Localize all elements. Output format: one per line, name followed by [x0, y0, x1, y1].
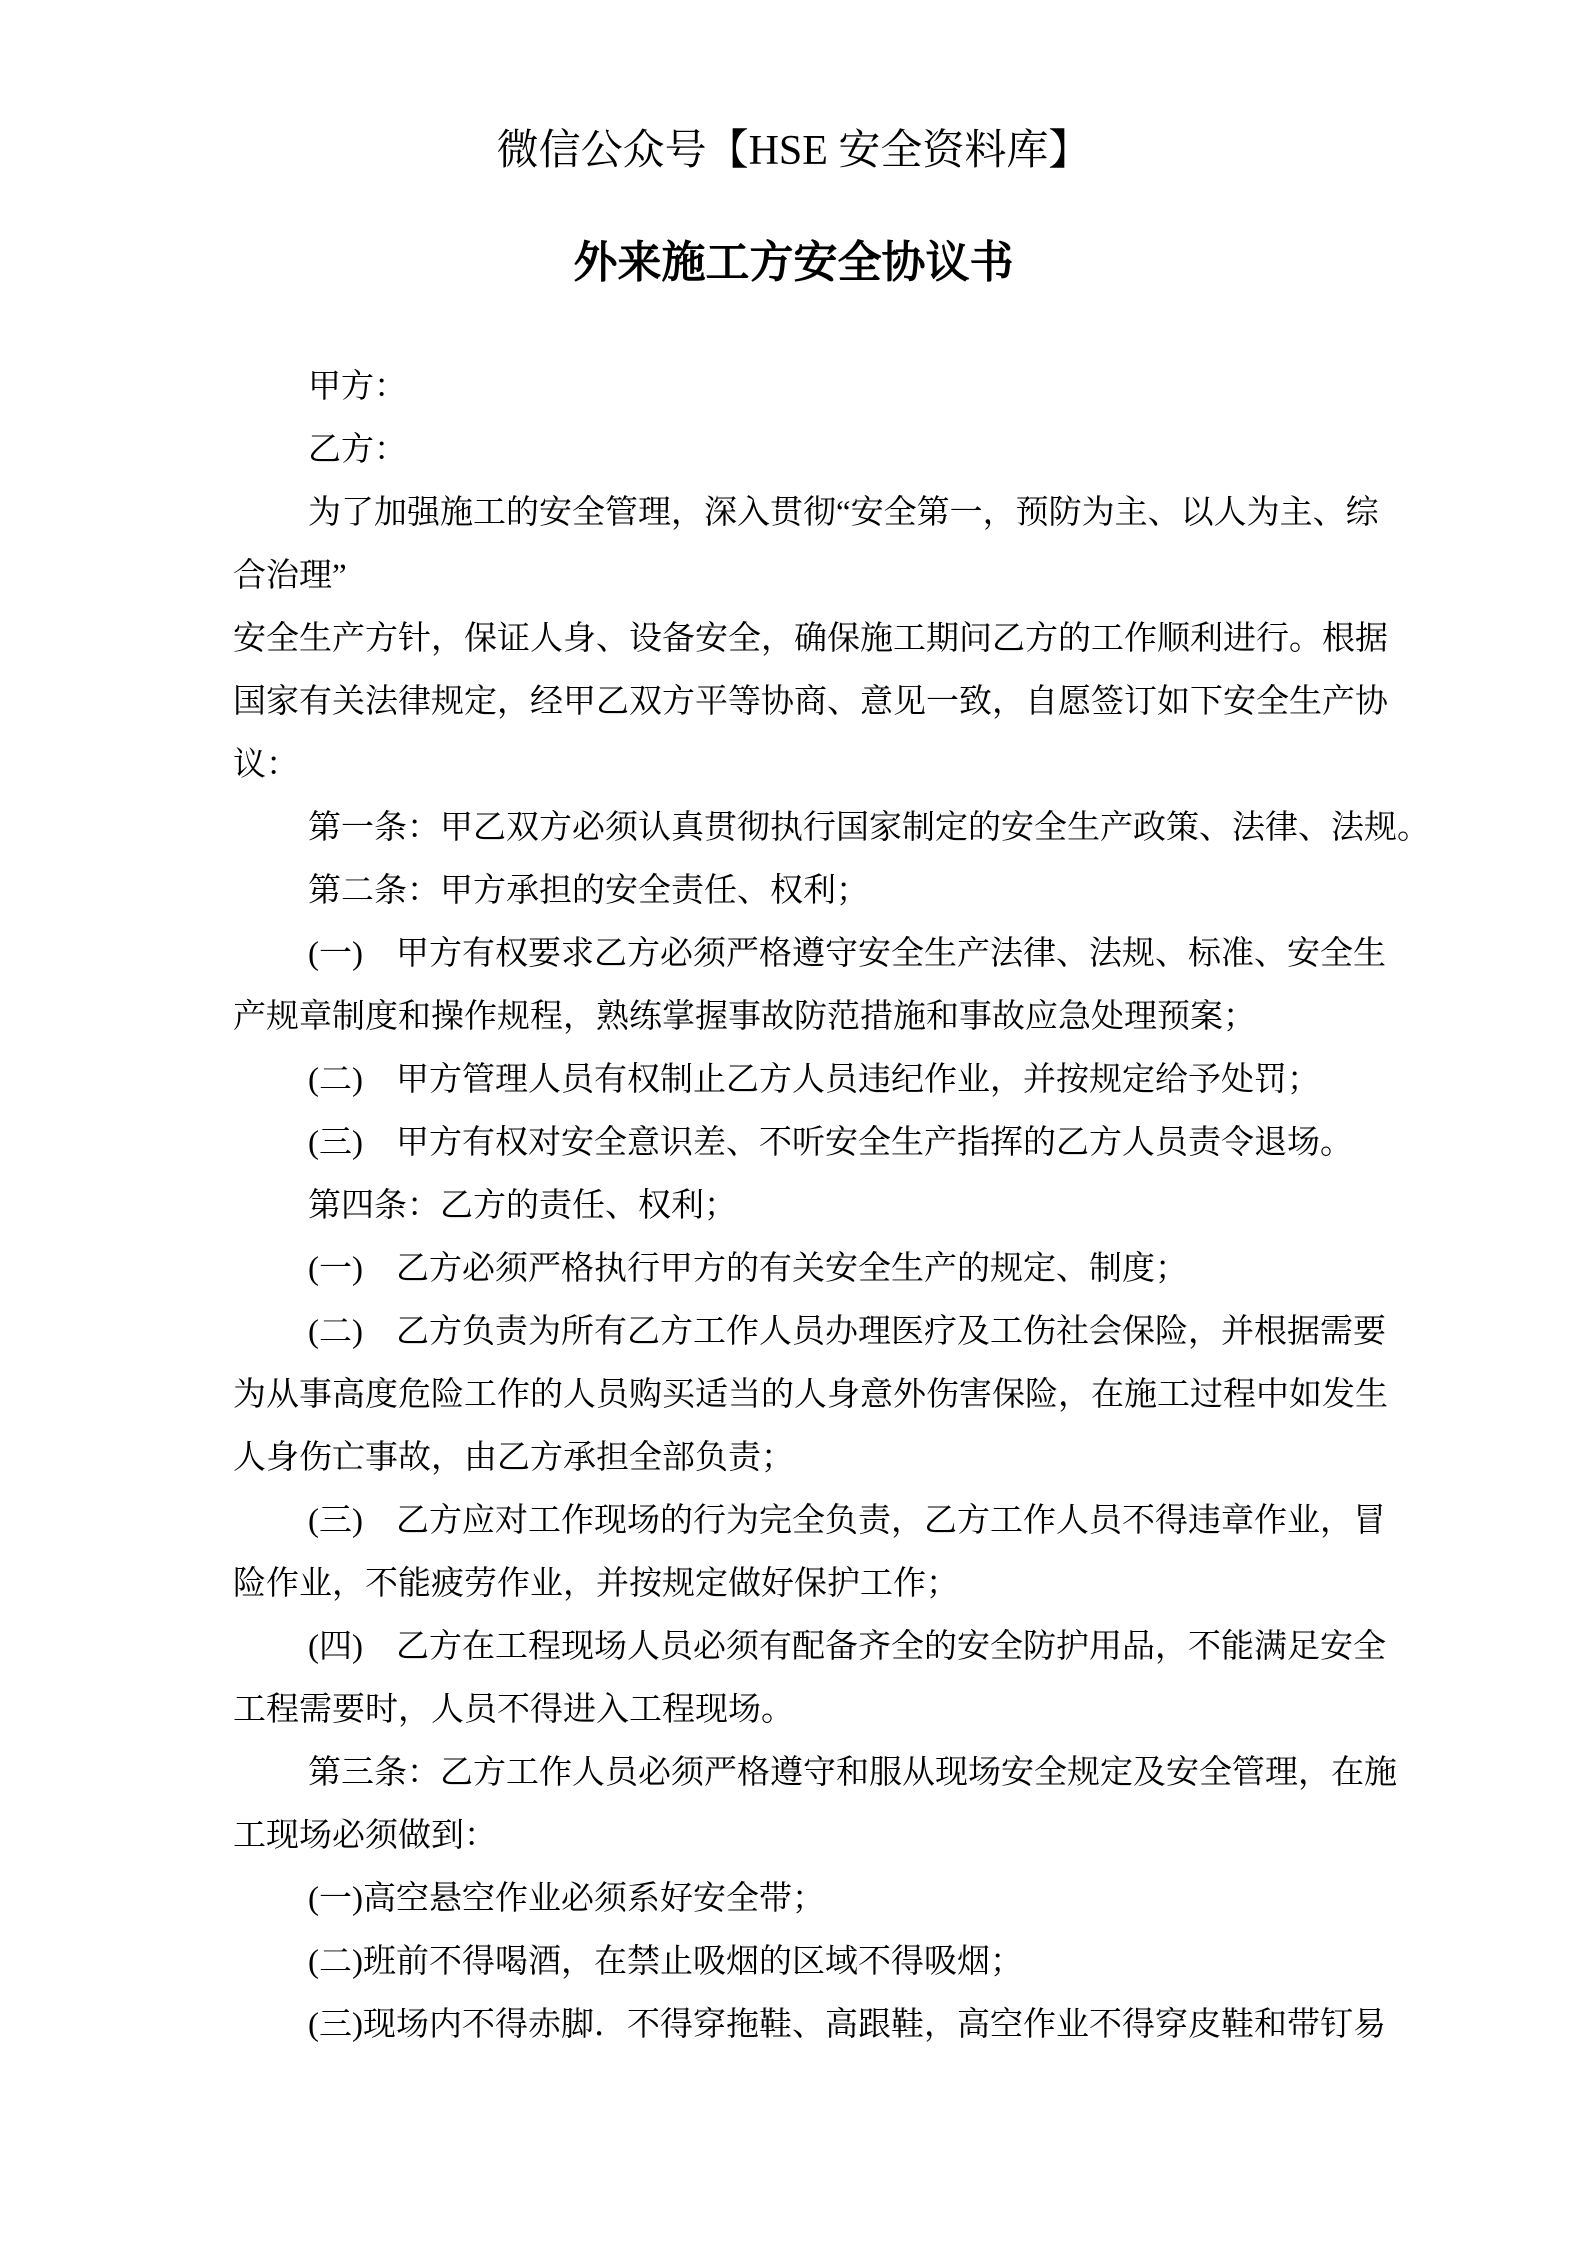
doc-header: 微信公众号【HSE 安全资料库】 — [0, 128, 1587, 174]
paragraph-line: 合治理” — [233, 545, 1467, 608]
paragraph-line: (一) 乙方必须严格执行甲方的有关安全生产的规定、制度； — [233, 1238, 1467, 1301]
paragraph-line: 第四条：乙方的责任、权利； — [233, 1175, 1467, 1238]
paragraph-line: (三) 甲方有权对安全意识差、不听安全生产指挥的乙方人员责令退场。 — [233, 1112, 1467, 1175]
doc-title: 外来施工方安全协议书 — [0, 238, 1587, 288]
paragraph-line: 第三条：乙方工作人员必须严格遵守和服从现场安全规定及安全管理，在施 — [233, 1742, 1467, 1805]
paragraph-line: (二)班前不得喝酒，在禁止吸烟的区域不得吸烟； — [233, 1931, 1467, 1994]
paragraph-line: 乙方： — [233, 419, 1467, 482]
paragraph-line: 人身伤亡事故，由乙方承担全部负责； — [233, 1427, 1467, 1490]
paragraph-line: (三) 乙方应对工作现场的行为完全负责，乙方工作人员不得违章作业，冒 — [233, 1490, 1467, 1553]
paragraph-line: 工现场必须做到： — [233, 1805, 1467, 1868]
paragraph-line: 安全生产方针，保证人身、设备安全，确保施工期问乙方的工作顺利进行。根据 — [233, 608, 1467, 671]
paragraph-line: 第一条：甲乙双方必须认真贯彻执行国家制定的安全生产政策、法律、法规。 — [233, 797, 1467, 860]
document-page: 微信公众号【HSE 安全资料库】 外来施工方安全协议书 甲方：乙方：为了加强施工… — [0, 0, 1587, 2245]
paragraph-line: 议： — [233, 734, 1467, 797]
paragraph-line: (一)高空悬空作业必须系好安全带； — [233, 1868, 1467, 1931]
paragraph-line: (三)现场内不得赤脚．不得穿拖鞋、高跟鞋，高空作业不得穿皮鞋和带钉易 — [233, 1994, 1467, 2057]
paragraph-line: 为了加强施工的安全管理，深入贯彻“安全第一，预防为主、以人为主、综 — [233, 482, 1467, 545]
paragraph-line: 第二条：甲方承担的安全责任、权利； — [233, 860, 1467, 923]
paragraph-line: (二) 乙方负责为所有乙方工作人员办理医疗及工伤社会保险，并根据需要 — [233, 1301, 1467, 1364]
paragraph-line: (一) 甲方有权要求乙方必须严格遵守安全生产法律、法规、标准、安全生 — [233, 923, 1467, 986]
paragraph-line: 国家有关法律规定，经甲乙双方平等协商、意见一致，自愿签订如下安全生产协 — [233, 671, 1467, 734]
doc-body: 甲方：乙方：为了加强施工的安全管理，深入贯彻“安全第一，预防为主、以人为主、综合… — [233, 356, 1467, 2057]
paragraph-line: 产规章制度和操作规程，熟练掌握事故防范措施和事故应急处理预案； — [233, 986, 1467, 1049]
paragraph-line: (四) 乙方在工程现场人员必须有配备齐全的安全防护用品，不能满足安全 — [233, 1616, 1467, 1679]
paragraph-line: (二) 甲方管理人员有权制止乙方人员违纪作业，并按规定给予处罚； — [233, 1049, 1467, 1112]
paragraph-line: 工程需要时，人员不得进入工程现场。 — [233, 1679, 1467, 1742]
paragraph-line: 为从事高度危险工作的人员购买适当的人身意外伤害保险，在施工过程中如发生 — [233, 1364, 1467, 1427]
paragraph-line: 险作业，不能疲劳作业，并按规定做好保护工作； — [233, 1553, 1467, 1616]
paragraph-line: 甲方： — [233, 356, 1467, 419]
